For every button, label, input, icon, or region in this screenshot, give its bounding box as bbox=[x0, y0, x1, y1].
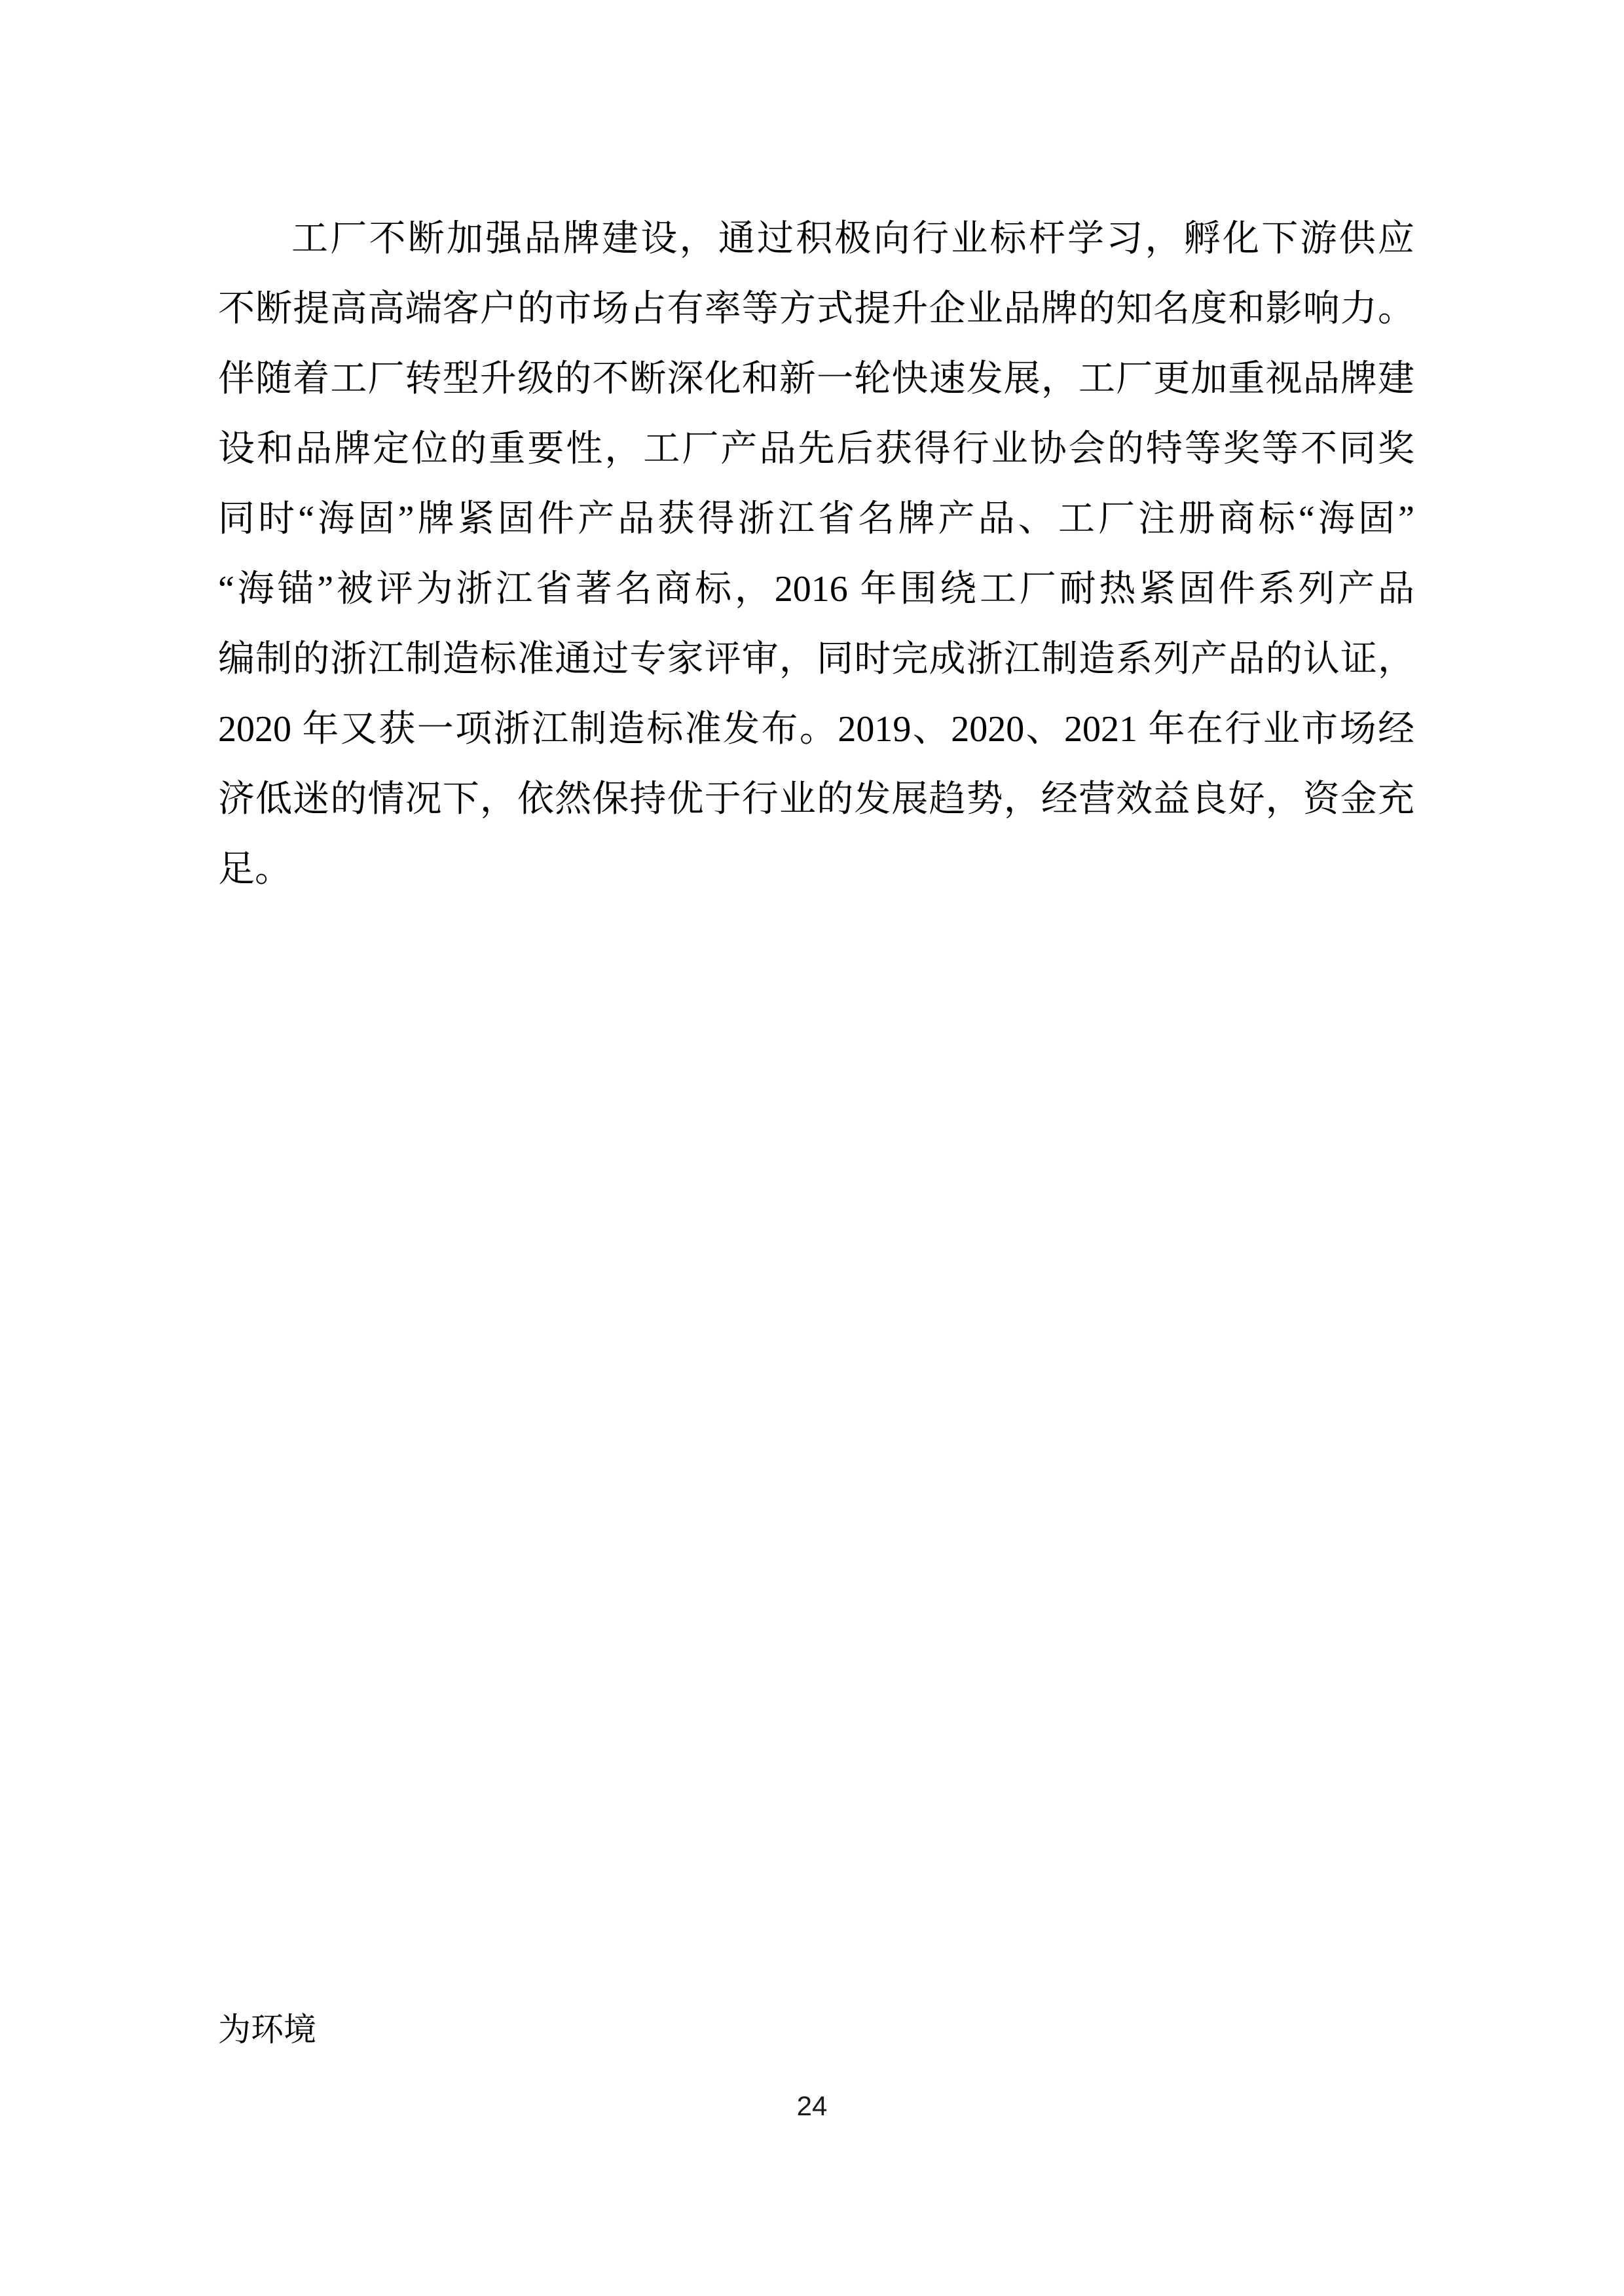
paragraph-line: 足。 bbox=[218, 835, 1414, 905]
paragraph-line: 设和品牌定位的重要性，工厂产品先后获得行业协会的特等奖等不同奖项， bbox=[218, 414, 1414, 484]
paragraph-line: 2020 年又获一项浙江制造标准发布。2019、2020、2021 年在行业市场… bbox=[218, 695, 1414, 765]
paragraph-line: 济低迷的情况下，依然保持优于行业的发展趋势，经营效益良好，资金充 bbox=[218, 765, 1414, 835]
paragraph-line: 工厂不断加强品牌建设，通过积极向行业标杆学习，孵化下游供应商， bbox=[218, 204, 1414, 274]
paragraph-line: 不断提高高端客户的市场占有率等方式提升企业品牌的知名度和影响力。 bbox=[218, 274, 1414, 344]
paragraph-line: “海锚”被评为浙江省著名商标，2016 年围绕工厂耐热紧固件系列产品 bbox=[218, 555, 1414, 625]
paragraph-line: 编制的浙江制造标准通过专家评审，同时完成浙江制造系列产品的认证， bbox=[218, 625, 1414, 695]
body-paragraph: 工厂不断加强品牌建设，通过积极向行业标杆学习，孵化下游供应商， 不断提高高端客户… bbox=[218, 204, 1414, 905]
document-page: 工厂不断加强品牌建设，通过积极向行业标杆学习，孵化下游供应商， 不断提高高端客户… bbox=[0, 0, 1624, 2296]
paragraph-line: 同时“海固”牌紧固件产品获得浙江省名牌产品、工厂注册商标“海固” bbox=[218, 484, 1414, 555]
page-number: 24 bbox=[0, 2091, 1624, 2121]
footer-note: 为环境 bbox=[218, 2011, 316, 2048]
paragraph-line: 伴随着工厂转型升级的不断深化和新一轮快速发展，工厂更加重视品牌建 bbox=[218, 344, 1414, 414]
